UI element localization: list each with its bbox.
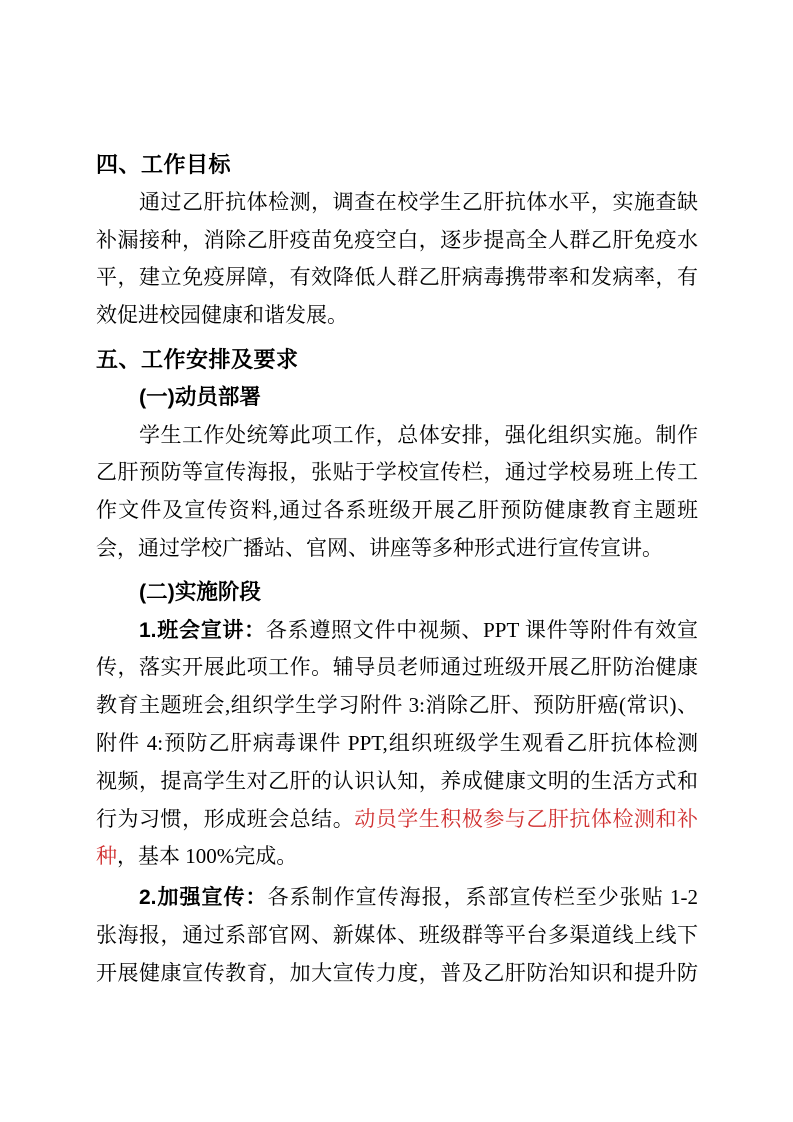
text-run: 行为习惯，形成班会总结。 — [96, 807, 354, 831]
text-run: 张海报，通过系部官网、新媒体、班级群等平台多渠道线上线下 — [96, 923, 698, 947]
text-run: 作文件及宣传资料,通过各系班级开展乙肝预防健康教育主题班 — [96, 498, 698, 522]
text-run: 传，落实开展此项工作。辅导员老师通过班级开展乙肝防治健康 — [96, 655, 698, 679]
paragraph: 2.加强宣传：各系制作宣传海报，系部宣传栏至少张贴 1-2张海报，通过系部官网、… — [96, 879, 698, 992]
sub-heading: (二)实施阶段 — [96, 574, 698, 612]
paragraph: 1.班会宣讲：各系遵照文件中视频、PPT 课件等附件有效宣传，落实开展此项工作。… — [96, 612, 698, 877]
text-line: 学生工作处统筹此项工作，总体安排，强化组织实施。制作 — [96, 417, 698, 455]
text-line: 补漏接种，消除乙肝疫苗免疫空白，逐步提高全人群乙肝免疫水 — [96, 222, 698, 260]
text-line: 张海报，通过系部官网、新媒体、班级群等平台多渠道线上线下 — [96, 917, 698, 955]
text-line: 行为习惯，形成班会总结。动员学生积极参与乙肝抗体检测和补 — [96, 801, 698, 839]
text-run: 各系遵照文件中视频、PPT 课件等附件有效宣 — [266, 618, 698, 642]
paragraph: 通过乙肝抗体检测，调查在校学生乙肝抗体水平，实施查缺补漏接种，消除乙肝疫苗免疫空… — [96, 184, 698, 335]
text-run: 附件 4:预防乙肝病毒课件 PPT,组织班级学生观看乙肝抗体检测 — [96, 731, 698, 755]
text-line: 教育主题班会,组织学生学习附件 3:消除乙肝、预防肝癌(常识)、 — [96, 687, 698, 725]
sub-heading: (一)动员部署 — [96, 379, 698, 417]
text-line: 1.班会宣讲：各系遵照文件中视频、PPT 课件等附件有效宣 — [96, 612, 698, 650]
text-line: 通过乙肝抗体检测，调查在校学生乙肝抗体水平，实施查缺 — [96, 184, 698, 222]
text-line: 会，通过学校广播站、官网、讲座等多种形式进行宣传宣讲。 — [96, 530, 698, 568]
text-run: 平，建立免疫屏障，有效降低人群乙肝病毒携带率和发病率，有 — [96, 265, 698, 289]
text-line: 开展健康宣传教育，加大宣传力度，普及乙肝防治知识和提升防 — [96, 955, 698, 993]
text-line: 作文件及宣传资料,通过各系班级开展乙肝预防健康教育主题班 — [96, 492, 698, 530]
text-run: 开展健康宣传教育，加大宣传力度，普及乙肝防治知识和提升防 — [96, 961, 698, 985]
text-line: 传，落实开展此项工作。辅导员老师通过班级开展乙肝防治健康 — [96, 649, 698, 687]
text-line: 乙肝预防等宣传海报，张贴于学校宣传栏，通过学校易班上传工 — [96, 454, 698, 492]
text-run: 补漏接种，消除乙肝疫苗免疫空白，逐步提高全人群乙肝免疫水 — [96, 228, 698, 252]
document-page: 四、工作目标通过乙肝抗体检测，调查在校学生乙肝抗体水平，实施查缺补漏接种，消除乙… — [0, 0, 793, 1122]
text-line: 附件 4:预防乙肝病毒课件 PPT,组织班级学生观看乙肝抗体检测 — [96, 725, 698, 763]
run-bold: 2.加强宣传： — [139, 886, 268, 909]
text-run: 教育主题班会,组织学生学习附件 3:消除乙肝、预防肝癌(常识)、 — [96, 693, 698, 717]
paragraph: 学生工作处统筹此项工作，总体安排，强化组织实施。制作乙肝预防等宣传海报，张贴于学… — [96, 417, 698, 568]
text-line: 平，建立免疫屏障，有效降低人群乙肝病毒携带率和发病率，有 — [96, 259, 698, 297]
highlight-red-text: 种 — [96, 844, 117, 868]
text-run: 效促进校园健康和谐发展。 — [96, 303, 348, 327]
text-run: 各系制作宣传海报，系部宣传栏至少张贴 1-2 — [268, 885, 698, 909]
section-heading: 五、工作安排及要求 — [96, 341, 698, 379]
run-bold: 1.班会宣讲： — [139, 619, 266, 642]
text-run: 通过乙肝抗体检测，调查在校学生乙肝抗体水平，实施查缺 — [139, 190, 698, 214]
text-run: 会，通过学校广播站、官网、讲座等多种形式进行宣传宣讲。 — [96, 536, 663, 560]
text-line: 效促进校园健康和谐发展。 — [96, 297, 698, 335]
text-line: 种，基本 100%完成。 — [96, 838, 698, 876]
text-run: 视频，提高学生对乙肝的认识认知，养成健康文明的生活方式和 — [96, 769, 698, 793]
text-run: 乙肝预防等宣传海报，张贴于学校宣传栏，通过学校易班上传工 — [96, 460, 698, 484]
highlight-red-text: 动员学生积极参与乙肝抗体检测和补 — [354, 807, 698, 831]
section-heading: 四、工作目标 — [96, 146, 698, 184]
text-line: 2.加强宣传：各系制作宣传海报，系部宣传栏至少张贴 1-2 — [96, 879, 698, 917]
document-body: 四、工作目标通过乙肝抗体检测，调查在校学生乙肝抗体水平，实施查缺补漏接种，消除乙… — [96, 146, 698, 993]
text-run: 学生工作处统筹此项工作，总体安排，强化组织实施。制作 — [139, 423, 698, 447]
text-line: 视频，提高学生对乙肝的认识认知，养成健康文明的生活方式和 — [96, 763, 698, 801]
text-run: ，基本 100%完成。 — [117, 844, 297, 868]
